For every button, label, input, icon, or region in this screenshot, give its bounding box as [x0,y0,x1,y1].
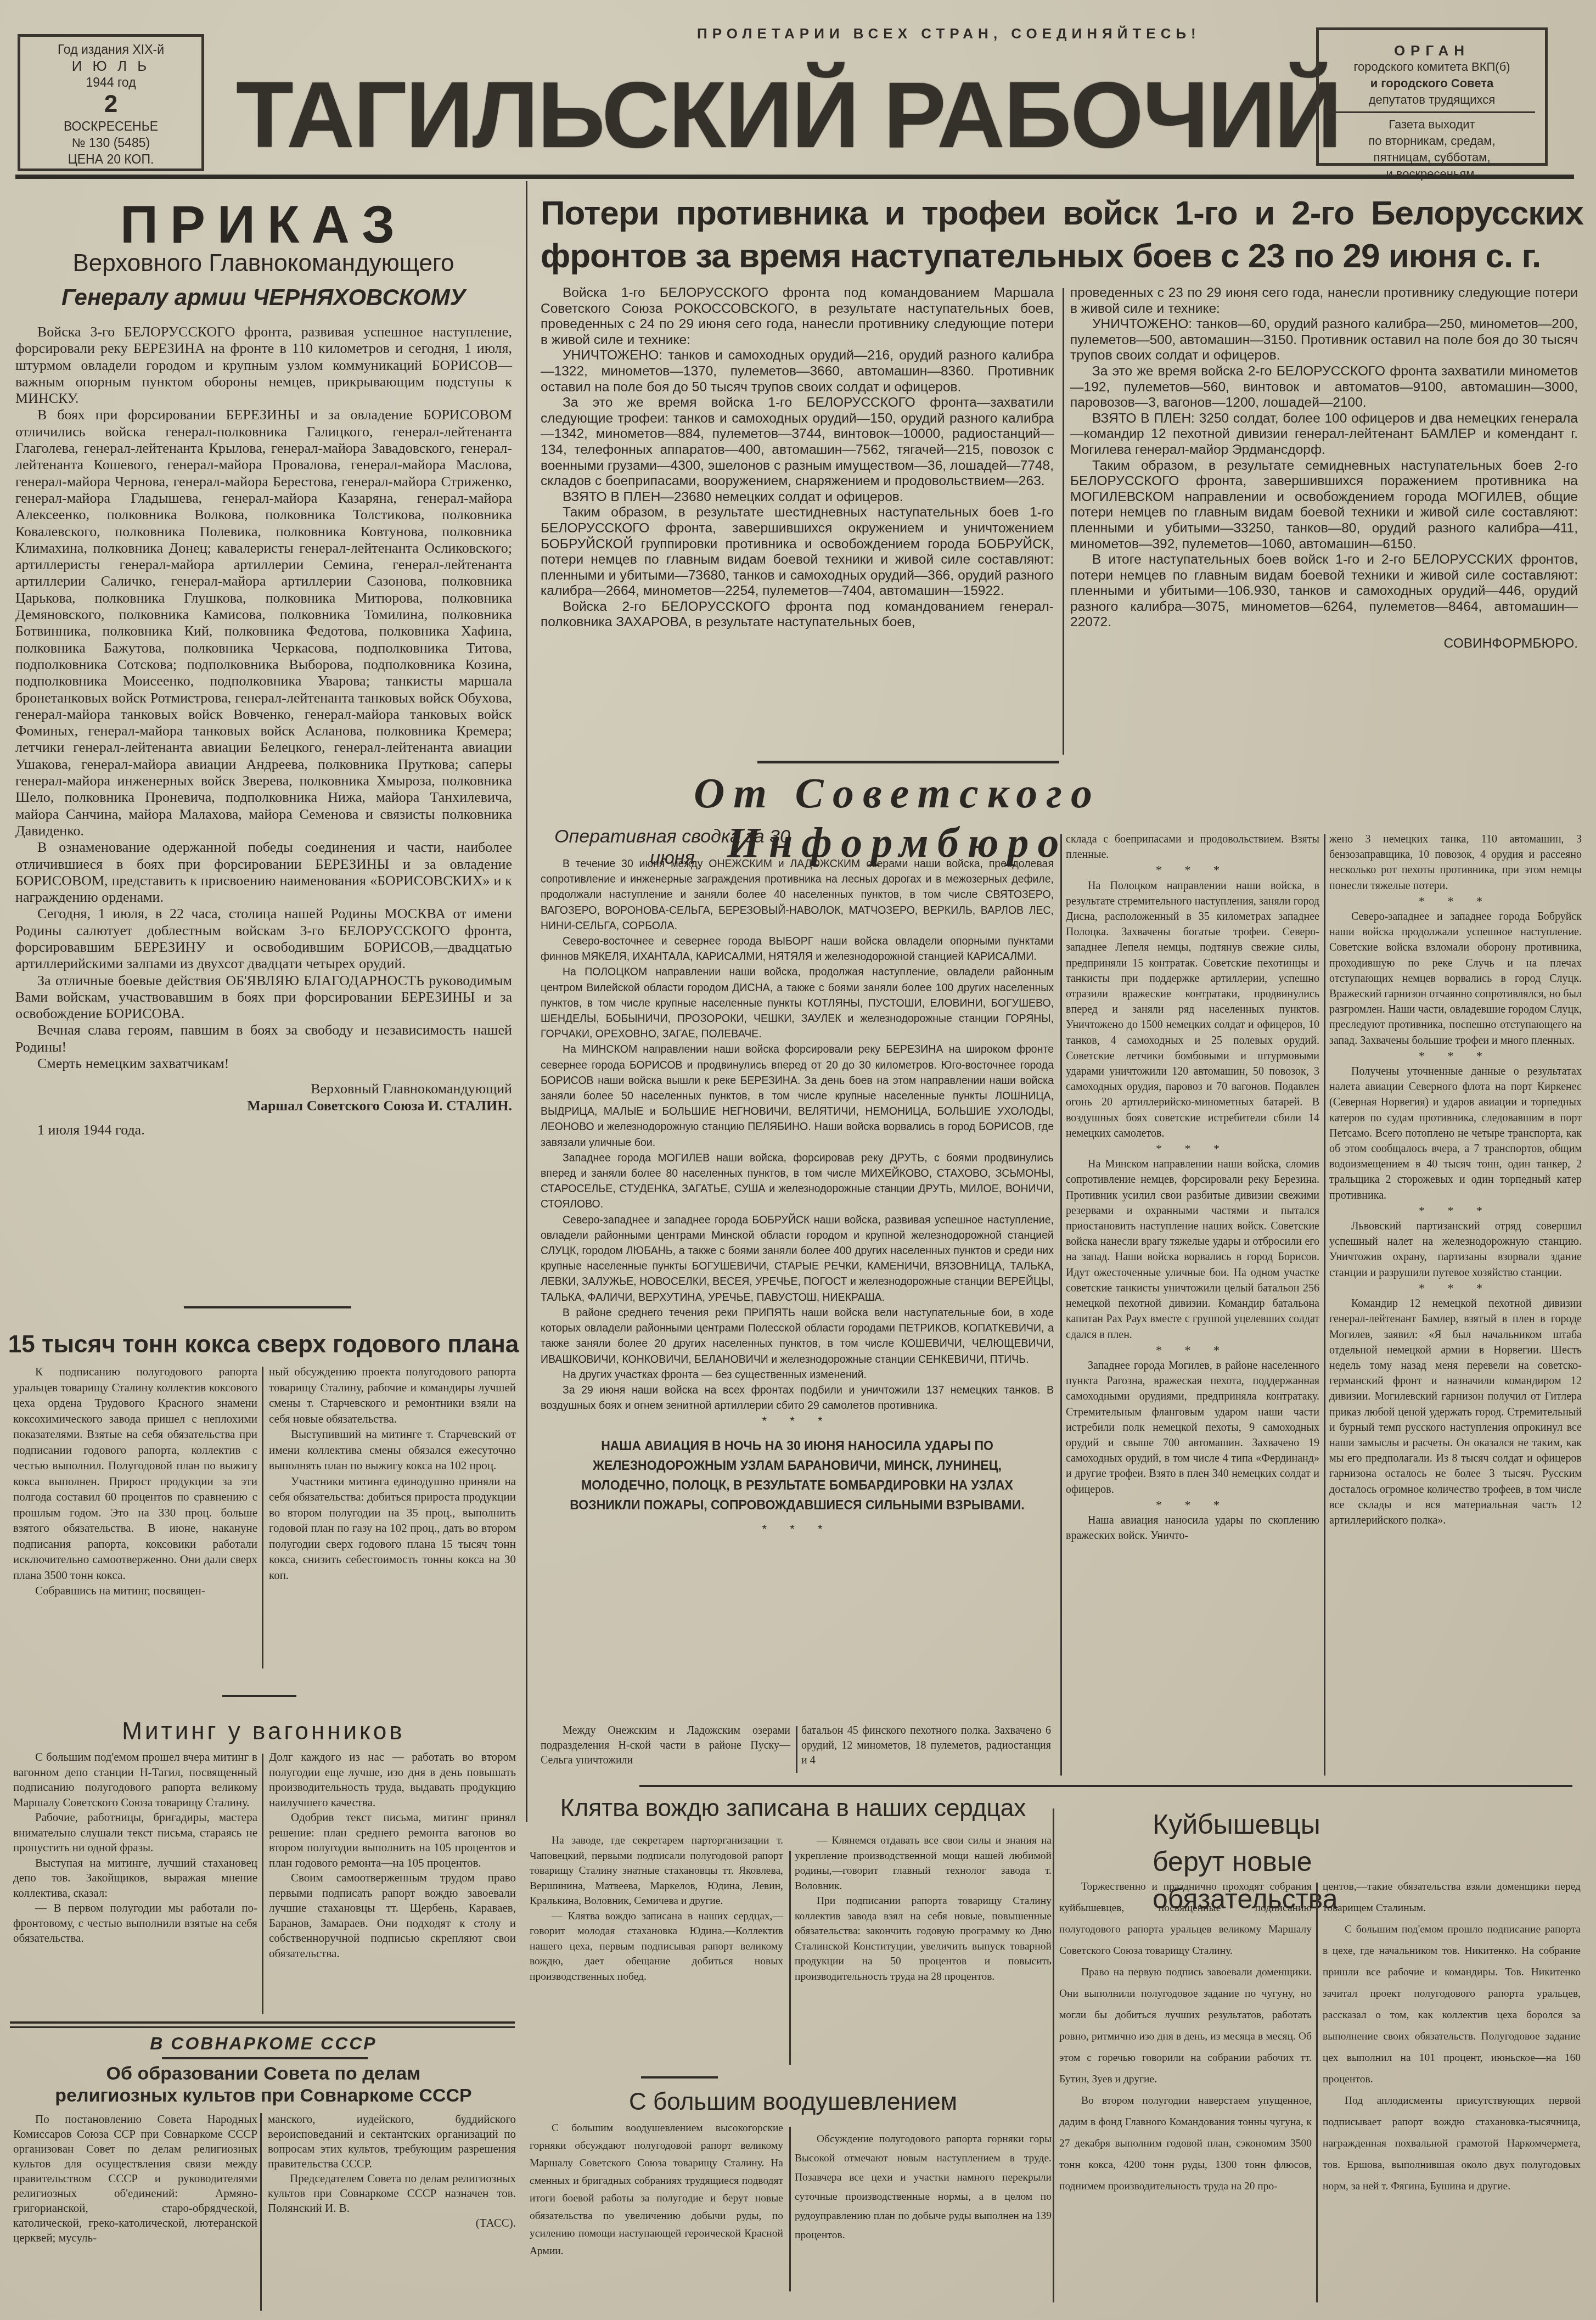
prikaz-paragraph: В ознаменование одержанной победы соедин… [15,839,512,906]
sovinform-paragraph: жено 3 немецких танка, 110 автомашин, 3 … [1329,832,1582,894]
wagon-paragraph: С большим под'емом прошел вчера митинг в… [13,1750,257,1810]
wagon-headline: Митинг у вагонников [0,1718,527,1745]
oath-col-2: — Клянемся отдавать все свои силы и знан… [795,1833,1052,1984]
wagon-col-1: С большим под'емом прошел вчера митинг в… [13,1750,257,1946]
oath-paragraph: На заводе, где секретарем парторганизаци… [530,1833,783,1909]
losses-paragraph: ВЗЯТО В ПЛЕН—23680 немецких солдат и офи… [541,490,1054,505]
sovnarkom-col-2: манского, иудейского, буддийского вероис… [268,2112,516,2231]
slogan: ПРОЛЕТАРИИ ВСЕХ СТРАН, СОЕДИНЯЙТЕСЬ! [697,25,1201,42]
coke-paragraph: ный обсуждению проекта полугодового рапо… [269,1364,516,1426]
losses-paragraph: За это же время войска 2-го БЕЛОРУССКОГО… [1070,364,1578,411]
sovinform-paragraph: склада с боеприпасами и продовольствием.… [1066,832,1319,862]
losses-col-2: проведенных с 23 по 29 июня сего года, н… [1070,285,1578,652]
stars-divider: * * * [1066,1342,1319,1358]
wagon-col-2: Долг каждого из нас — работать во втором… [269,1750,516,1961]
column-divider [1316,1883,1318,2302]
prikaz-paragraph: Вечная слава героям, павшим в боях за св… [15,1022,512,1055]
sovinform-paragraph: В течение 30 июня между ОНЕЖСКИМ и ЛАДОЖ… [541,856,1054,934]
losses-paragraph: ВЗЯТО В ПЛЕН: 3250 солдат, более 100 офи… [1070,411,1578,458]
stars-divider: * * * [1329,894,1582,909]
sovinform-paragraph: Западнее города Могилев, в районе населе… [1066,1358,1319,1497]
prikaz-paragraph: Войска 3-го БЕЛОРУССКОГО фронта, развива… [15,324,512,407]
column-divider [1060,834,1062,1776]
sovinform-paragraph: Северо-западнее и западнее города Бобруй… [1329,909,1582,1048]
kuibyshev-paragraph: Во втором полугодии наверстаем упущенное… [1059,2090,1312,2197]
sovnarkom-paragraph: манского, иудейского, буддийского вероис… [268,2112,516,2171]
rubric-underline [162,2057,368,2059]
oath-paragraph: — Клянемся отдавать все свои силы и знан… [795,1833,1052,1894]
ornament-divider [757,761,1059,763]
prikaz-title: ПРИКАЗ [0,195,527,255]
issue-year: Год издания XIX-й [20,41,201,58]
sovnarkom-paragraph: По постановлению Совета Народных Комисса… [13,2112,257,2245]
sovinform-paragraph: В районе среднего течения реки ПРИПЯТЬ н… [541,1305,1054,1367]
stars-divider: * * * [1329,1203,1582,1218]
sovnarkom-rubric: В СОВНАРКОМЕ СССР [0,2033,527,2054]
sovinform-paragraph: батальон 45 финского пехотного полка. За… [801,1723,1051,1768]
losses-paragraph: проведенных с 23 по 29 июня сего года, н… [1070,285,1578,317]
wagon-paragraph: Долг каждого из нас — работать во втором… [269,1750,516,1810]
enthusiasm-col-1: С большим воодушевлением высокогорские г… [530,2120,783,2260]
column-divider [262,1367,263,1669]
losses-paragraph: Таким образом, в результате семидневных … [1070,458,1578,553]
coke-paragraph: Участники митинга единодушно приняли на … [269,1474,516,1583]
kuibyshev-col-1: Торжественно и празднично проходят собра… [1059,1876,1312,2197]
stars-divider: * * * [1066,1497,1319,1513]
losses-paragraph: Таким образом, в результате шестидневных… [541,505,1054,599]
stars-divider: * * * [1066,1141,1319,1156]
sovinform-paragraph: Наша авиация наносила удары по скоплению… [1066,1513,1319,1543]
sovinform-paragraph: На Полоцком направлении наши войска, в р… [1066,878,1319,1141]
sovinform-paragraph: Получены уточненные данные о результатах… [1329,1064,1582,1203]
aviation-bulletin: НАША АВИАЦИЯ В НОЧЬ НА 30 ИЮНЯ НАНОСИЛА … [556,1436,1038,1515]
wagon-paragraph: Рабочие, работницы, бригадиры, мастера в… [13,1810,257,1856]
sovinform-paragraph: Львовский партизанский отряд совершил ус… [1329,1218,1582,1280]
kuibyshev-paragraph: Право на первую подпись завоевали доменщ… [1059,1962,1312,2090]
prikaz-subtitle: Верховного Главнокомандующего [0,250,527,277]
section-rule [10,2026,515,2028]
oath-col-1: На заводе, где секретарем парторганизаци… [530,1833,783,1984]
issue-month: И Ю Л Ь [20,58,201,74]
sovinform-col-c: жено 3 немецких танка, 110 автомашин, 3 … [1329,832,1582,1528]
issue-info-box: Год издания XIX-й И Ю Л Ь 1944 год 2 ВОС… [18,34,204,171]
divider [641,2076,718,2079]
losses-signature: СОВИНФОРМБЮРО. [1070,636,1578,652]
sovinform-main: В течение 30 июня между ОНЕЖСКИМ и ЛАДОЖ… [541,856,1054,1537]
organ-label: ОРГАН [1319,42,1545,59]
oath-paragraph: — Клятва вождю записана в наших сердцах,… [530,1909,783,1985]
sovinform-paragraph: На МИНСКОМ направлении наши войска форси… [541,1042,1054,1150]
organ-info-box: ОРГАН городского комитета ВКП(б) и город… [1316,27,1548,166]
news-source: (ТАСС). [268,2216,516,2231]
enthusiasm-headline: С большим воодушевлением [535,2088,1051,2116]
column-divider [789,1851,791,2065]
column-divider [262,1754,263,2014]
losses-headline: Потери противника и трофеи войск 1-го и … [541,192,1583,278]
kuibyshev-paragraph: С большим под'емом прошло подписание рап… [1323,1919,1581,2090]
issue-price: ЦЕНА 20 КОП. [20,151,201,167]
prikaz-body: Войска 3-го БЕЛОРУССКОГО фронта, развива… [15,324,512,1138]
losses-paragraph: В итоге наступательных боев войск 1-го и… [1070,552,1578,631]
enthusiasm-col-2: Обсуждение полугодового рапорта горняки … [795,2130,1052,2245]
prikaz-signature-title: Верховный Главнокомандующий [15,1081,512,1097]
wagon-paragraph: Своим самоотверженным трудом право первы… [269,1870,516,1961]
coke-paragraph: Собравшись на митинг, посвящен- [13,1583,257,1599]
prikaz-signature-name: Маршал Советского Союза И. СТАЛИН. [15,1098,512,1114]
organ-line: городского комитета ВКП(б) [1319,59,1545,75]
sovinform-paragraph: На других участках фронта — без существе… [541,1367,1054,1383]
wagon-paragraph: — В первом полугодии мы работали по-фрон… [13,1901,257,1946]
sovnarkom-paragraph: Председателем Совета по делам религиозны… [268,2171,516,2216]
sovnarkom-col-1: По постановлению Совета Народных Комисса… [13,2112,257,2245]
wagon-paragraph: Одобрив текст письма, митинг принял реше… [269,1810,516,1870]
ornament-divider [184,1306,351,1308]
stars-divider: * * * [1329,1048,1582,1064]
coke-paragraph: Выступивший на митинге т. Старчевский от… [269,1426,516,1474]
kuibyshev-paragraph: Торжественно и празднично проходят собра… [1059,1876,1312,1962]
stars-divider: * * * [1066,862,1319,878]
stars-divider: * * * [541,1521,1054,1537]
issue-number: № 130 (5485) [20,134,201,151]
divider [222,1695,296,1697]
sovinform-paragraph: За 29 июня наши войска на всех фронтах п… [541,1383,1054,1413]
coke-col-1: К подписанию полугодового рапорта уральц… [13,1364,257,1599]
section-rule [10,2021,515,2024]
sovinform-onega-b: батальон 45 финского пехотного полка. За… [801,1723,1051,1768]
organ-line: и городского Совета [1319,75,1545,92]
sovinform-paragraph: Западнее города МОГИЛЕВ наши войска, фор… [541,1150,1054,1212]
coke-col-2: ный обсуждению проекта полугодового рапо… [269,1364,516,1583]
prikaz-addressee: Генералу армии ЧЕРНЯХОВСКОМУ [0,284,527,311]
column-divider [1053,1808,1054,2302]
stars-divider: * * * [1329,1280,1582,1296]
newspaper-page: Год издания XIX-й И Ю Л Ь 1944 год 2 ВОС… [0,0,1596,2320]
issue-year-number: 1944 год [20,74,201,91]
wagon-paragraph: Выступая на митинге, лучший стахановец д… [13,1856,257,1901]
schedule-line: Газета выходит [1319,116,1545,133]
masthead-rule [15,175,1574,179]
prikaz-paragraph: В боях при форсировании БЕРЕЗИНЫ и за ов… [15,407,512,839]
issue-day: 2 [20,91,201,118]
sovinform-onega-a: Между Онежским и Ладожским озерами подра… [541,1723,790,1768]
enthusiasm-paragraph: Обсуждение полугодового рапорта горняки … [795,2130,1052,2245]
schedule-line: по вторникам, средам, [1319,133,1545,149]
losses-paragraph: Войска 1-го БЕЛОРУССКОГО фронта под кома… [541,285,1054,348]
prikaz-paragraph: Смерть немецким захватчикам! [15,1055,512,1072]
kuibyshev-col-2: центов,—такие обязательства взяли доменщ… [1323,1876,1581,2197]
oath-paragraph: При подписании рапорта товарищу Сталину … [795,1894,1052,1984]
column-divider [796,1726,797,1773]
sovinform-col-b: склада с боеприпасами и продовольствием.… [1066,832,1319,1543]
column-divider [1324,834,1325,1776]
sovinform-paragraph: На ПОЛОЦКОМ направлении наши войска, про… [541,964,1054,1042]
kuibyshev-paragraph: Под аплодисменты присутствующих первой п… [1323,2090,1581,2197]
prikaz-paragraph: За отличные боевые действия ОБ'ЯВЛЯЮ БЛА… [15,973,512,1023]
column-divider [526,181,527,1822]
losses-col-1: Войска 1-го БЕЛОРУССКОГО фронта под кома… [541,285,1054,631]
coke-headline: 15 тысяч тонн кокса сверх годового плана [0,1331,527,1358]
sovinform-paragraph: Между Онежским и Ладожским озерами подра… [541,1723,790,1768]
sovinform-paragraph: Северо-восточнее и севернее города ВЫБОР… [541,934,1054,964]
losses-paragraph: УНИЧТОЖЕНО: танков—60, орудий разного ка… [1070,317,1578,364]
organ-line: депутатов трудящихся [1319,92,1545,108]
column-divider [260,2113,262,2311]
prikaz-paragraph: Сегодня, 1 июля, в 22 часа, столица наше… [15,906,512,972]
issue-weekday: ВОСКРЕСЕНЬЕ [20,118,201,134]
column-divider [1063,288,1064,755]
schedule-line: и воскресеньям. [1319,166,1545,182]
coke-paragraph: К подписанию полугодового рапорта уральц… [13,1364,257,1583]
schedule-line: пятницам, субботам, [1319,149,1545,166]
column-divider [789,2127,791,2291]
losses-paragraph: УНИЧТОЖЕНО: танков и самоходных орудий—2… [541,348,1054,395]
sovnarkom-headline: Об образовании Совета по делам религиозн… [44,2063,483,2106]
oath-headline: Клятва вождю записана в наших сердцах [535,1795,1051,1822]
divider [1329,111,1535,113]
section-rule [639,1785,1572,1787]
losses-paragraph: Войска 2-го БЕЛОРУССКОГО фронта под кома… [541,599,1054,631]
sovinform-paragraph: Северо-западнее и западнее города БОБРУЙ… [541,1212,1054,1305]
sovinform-paragraph: На Минском направлении наши войска, слом… [1066,1156,1319,1342]
kuibyshev-paragraph: центов,—такие обязательства взяли доменщ… [1323,1876,1581,1919]
prikaz-date: 1 июля 1944 года. [15,1122,512,1138]
enthusiasm-paragraph: С большим воодушевлением высокогорские г… [530,2120,783,2260]
newspaper-title: ТАГИЛЬСКИЙ РАБОЧИЙ [236,71,1323,159]
losses-paragraph: За это же время войска 1-го БЕЛОРУССКОГО… [541,395,1054,490]
sovinform-paragraph: Командир 12 немецкой пехотной дивизии ге… [1329,1296,1582,1528]
stars-divider: * * * [541,1413,1054,1429]
